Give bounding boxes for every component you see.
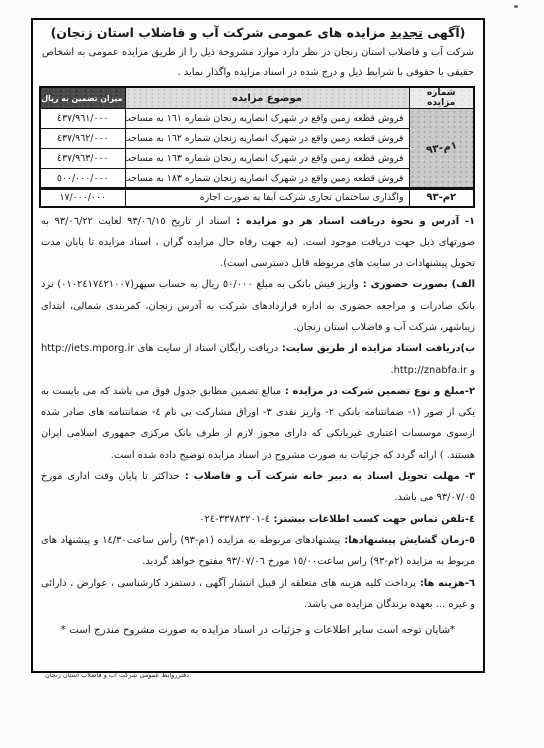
announcement-border-frame: (آگهی تجدید مزایده های عمومی شرکت آب و ف… (31, 18, 485, 673)
section-lead: ب)دریافت اسناد مزایده از طریق سایت: (278, 343, 475, 354)
intro-paragraph: شرکت آب و فاضلاب استان زنجان در نظر دارد… (42, 43, 474, 82)
section-lead: الف) بصورت حضوری : (359, 279, 475, 290)
subject-cell: فروش قطعه زمین واقع در شهرک انصاریه زنجا… (125, 129, 409, 149)
col-header-subject: موضوع مزایده (125, 87, 409, 109)
section-body: پرداخت کلیه هزینه های متعلقه از قبیل انت… (41, 578, 475, 610)
section-body: ٤-٣٣٧٨٣٢٠١-٠٢٤ (199, 514, 270, 525)
page-title: (آگهی تجدید مزایده های عمومی شرکت آب و ف… (41, 25, 475, 40)
amount-cell: ٤٣٧/٩٦١/٠٠٠ (40, 109, 125, 129)
section-5-opening-time: ٥-زمان گشایش پیشنهادها: پیشنهادهای مربوط… (41, 530, 475, 573)
table-row: فروش قطعه زمین واقع در شهرک انصاریه زنجا… (40, 169, 474, 189)
table-row: فروش قطعه زمین واقع در شهرک انصاریه زنجا… (40, 129, 474, 149)
subject-cell: فروش قطعه زمین واقع در شهرک انصاریه زنجا… (125, 109, 409, 129)
scanned-announcement-page: (آگهی تجدید مزایده های عمومی شرکت آب و ف… (0, 0, 544, 748)
tender-number-group2: ٢م-٩٣ (409, 189, 474, 207)
section-lead: ١- آدرس و نحوة دریافت اسناد هر دو مزایده… (231, 216, 475, 227)
section-lead: ٦-هزینه ها: (416, 578, 475, 589)
section-1a-in-person: الف) بصورت حضوری : واریز فیش بانکی به مب… (41, 274, 475, 338)
amount-cell: ٤٣٧/٩٦٢/٠٠٠ (40, 129, 125, 149)
tender-table: شماره مزایده موضوع مزایده میزان تضمین به… (39, 86, 475, 208)
section-2-guarantee-type: ٢-مبلغ و نوع تضمین شرکت در مزایده : مبال… (41, 381, 475, 466)
section-1b-via-website: ب)دریافت اسناد مزایده از طریق سایت: دریا… (41, 338, 475, 381)
subject-cell: واگذاری ساختمان تجاری شرکت آبفا به صورت … (125, 189, 409, 207)
section-6-costs: ٦-هزینه ها: پرداخت کلیه هزینه های متعلقه… (41, 573, 475, 616)
section-lead: ٥-زمان گشایش پیشنهادها: (340, 535, 475, 546)
table-row: ١م-٩٣ فروش قطعه زمین واقع در شهرک انصاری… (40, 109, 474, 129)
section-3-submission-deadline: ٣- مهلت تحویل اسناد به دبیر خانه شرکت آب… (41, 466, 475, 509)
section-lead: ٢-مبلغ و نوع تضمین شرکت در مزایده : (281, 386, 475, 397)
section-1-document-receipt: ١- آدرس و نحوة دریافت اسناد هر دو مزایده… (41, 211, 475, 275)
subject-cell: فروش قطعه زمین واقع در شهرک انصاریه زنجا… (125, 149, 409, 169)
amount-cell: ١٧/٠٠٠/٠٠٠ (40, 189, 125, 207)
section-4-contact-phone: ٤-تلفن تماس جهت کسب اطلاعات بیشتر: ٤-٣٣٧… (41, 509, 475, 530)
title-open: (آگهی (423, 25, 466, 40)
col-header-guarantee-amount: میزان تضمین به ریال (40, 87, 125, 109)
title-emphasis-underlined: تجدید (390, 25, 423, 40)
table-row: فروش قطعه زمین واقع در شهرک انصاریه زنجا… (40, 149, 474, 169)
col-header-tender-number: شماره مزایده (409, 87, 474, 109)
amount-cell: ٤٣٧/٩٦٣/٠٠٠ (40, 149, 125, 169)
amount-cell: ٥٠٠/٠٠٠/٠٠٠ (40, 169, 125, 189)
tender-number-group1-cell: ١م-٩٣ (409, 109, 474, 189)
title-rest: مزایده های عمومی شرکت آب و فاضلاب استان … (51, 25, 390, 40)
scan-artifact-dot (514, 5, 518, 8)
section-lead: ٤-تلفن تماس جهت کسب اطلاعات بیشتر: (270, 514, 475, 525)
signature-public-relations: دفترروابط عمومی شرکت آب و فاضلاب استان ز… (41, 671, 475, 679)
tender-number-group1: ١م-٩٣ (425, 139, 458, 156)
subject-cell: فروش قطعه زمین واقع در شهرک انصاریه زنجا… (125, 169, 409, 189)
terms-sections: ١- آدرس و نحوة دریافت اسناد هر دو مزایده… (41, 211, 475, 616)
footer-note: *شایان توجه است سایر اطلاعات و جزئیات در… (41, 621, 475, 639)
section-lead: ٣- مهلت تحویل اسناد به دبیر خانه شرکت آب… (180, 471, 475, 482)
table-header-row: شماره مزایده موضوع مزایده میزان تضمین به… (40, 87, 474, 109)
section-body: مبالغ تضمین مطابق جدول فوق می باشد که می… (41, 386, 475, 461)
table-row: ٢م-٩٣ واگذاری ساختمان تجاری شرکت آبفا به… (40, 189, 474, 207)
